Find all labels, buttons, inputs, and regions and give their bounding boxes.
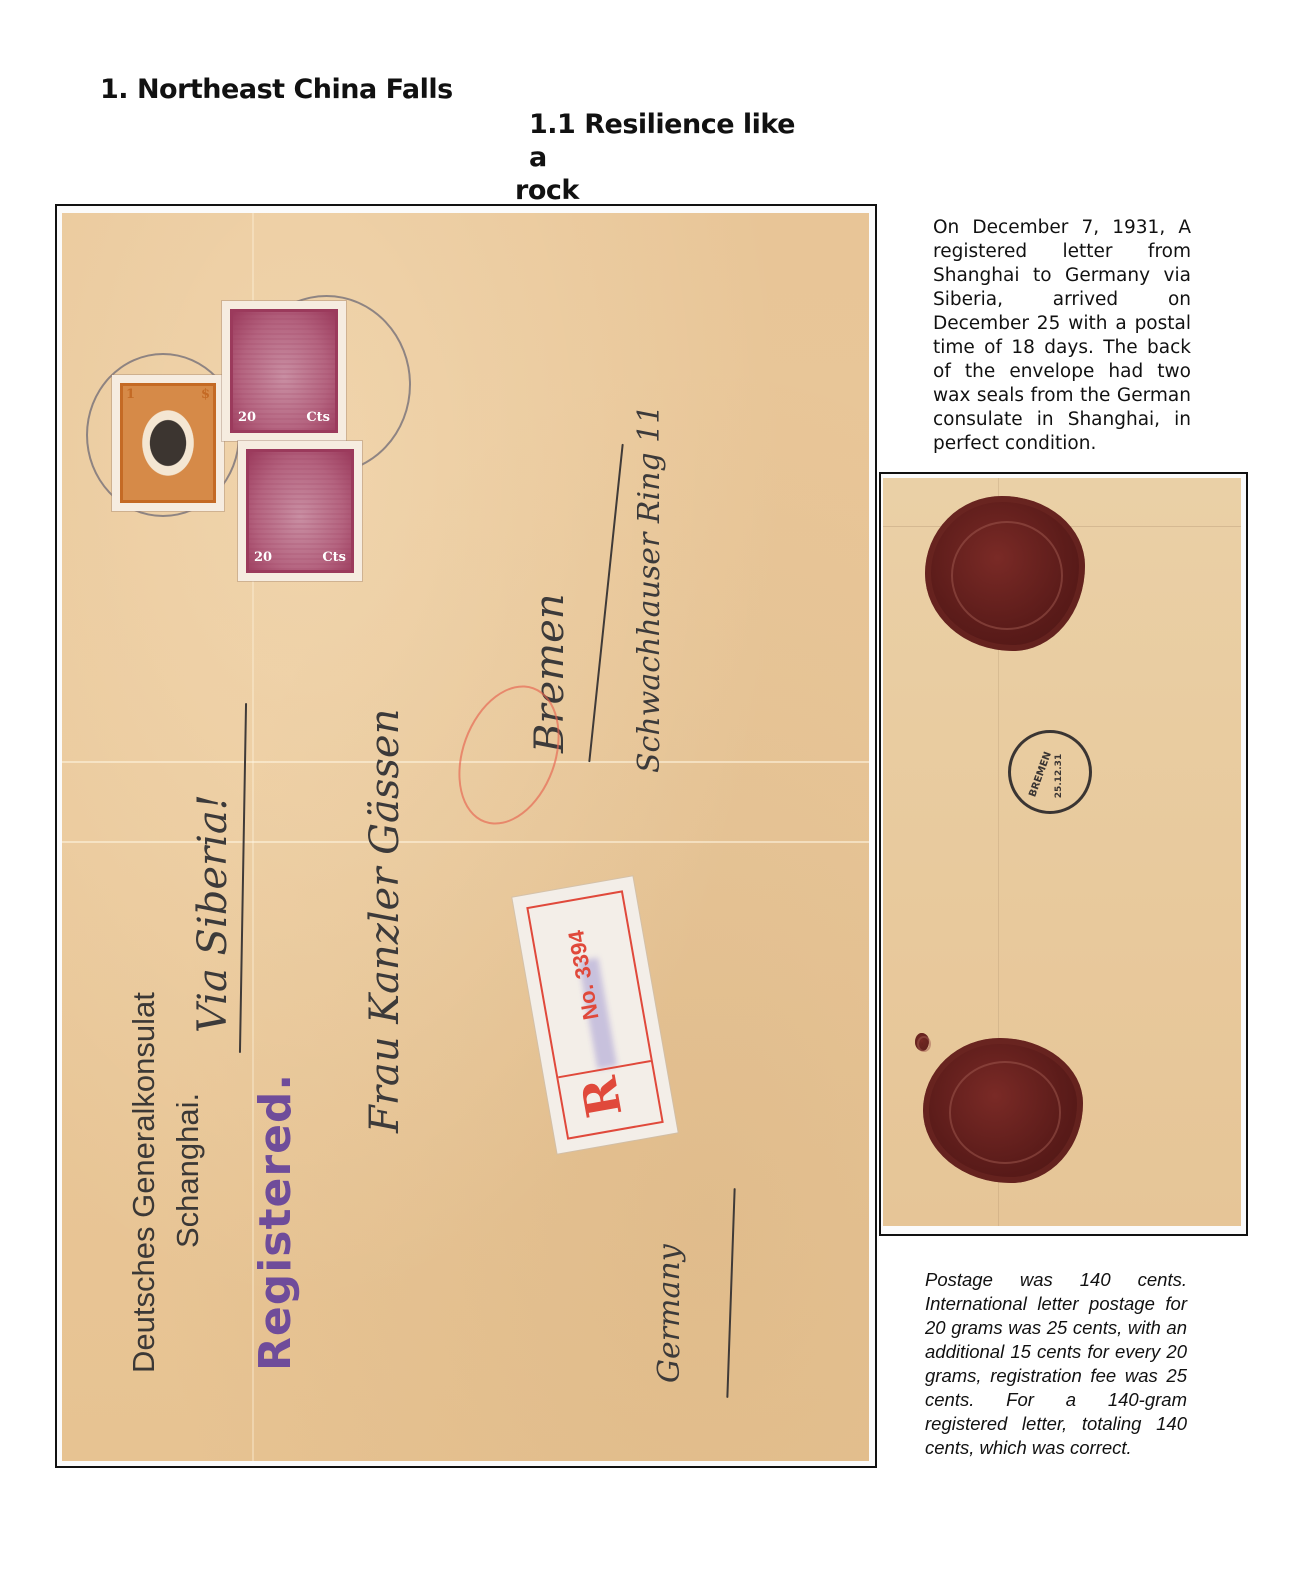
- registration-label: No. 3394 R: [512, 876, 677, 1153]
- wax-drip: [915, 1033, 929, 1051]
- section-title: 1. Northeast China Falls: [100, 74, 453, 105]
- destination-country: Germany: [652, 1244, 687, 1383]
- envelope-front: 1 $ 20 Cts 20 Cts Deutsches Generalkonsu…: [62, 213, 869, 1461]
- underline: [588, 444, 623, 762]
- wax-seal-bottom: [923, 1038, 1083, 1183]
- underline: [239, 703, 247, 1053]
- postage-caption: Postage was 140 cents. International let…: [925, 1268, 1187, 1460]
- sender-city: Schanghai.: [170, 1093, 206, 1248]
- stamp-20-cents: 20 Cts: [222, 301, 346, 441]
- wax-seal-top: [925, 496, 1085, 651]
- subsection-title-line2: rock: [515, 174, 821, 207]
- addressee-name: Frau Kanzler Gässen: [362, 709, 408, 1133]
- envelope-back-image: BREMEN 25.12.31: [879, 472, 1248, 1236]
- registered-handstamp: Registered.: [250, 1073, 301, 1371]
- subsection-title: 1.1 Resilience like a rock: [521, 108, 821, 207]
- sender-name: Deutsches Generalkonsulat: [126, 992, 162, 1373]
- envelope-back: BREMEN 25.12.31: [883, 478, 1241, 1226]
- stamp-20-cents: 20 Cts: [238, 441, 362, 581]
- underline: [726, 1188, 735, 1398]
- subsection-title-line1: 1.1 Resilience like a: [521, 108, 821, 174]
- fold-crease: [62, 841, 869, 843]
- registration-letter: R: [570, 1063, 636, 1132]
- addressee-street: Schwachhauser Ring 11: [632, 405, 667, 773]
- description-caption: On December 7, 1931, A registered letter…: [933, 216, 1191, 456]
- bremen-arrival-postmark: BREMEN 25.12.31: [1008, 730, 1092, 814]
- envelope-front-image: 1 $ 20 Cts 20 Cts Deutsches Generalkonsu…: [55, 204, 877, 1468]
- stamp-1-dollar: 1 $: [112, 375, 224, 511]
- route-note: Via Siberia!: [190, 794, 236, 1033]
